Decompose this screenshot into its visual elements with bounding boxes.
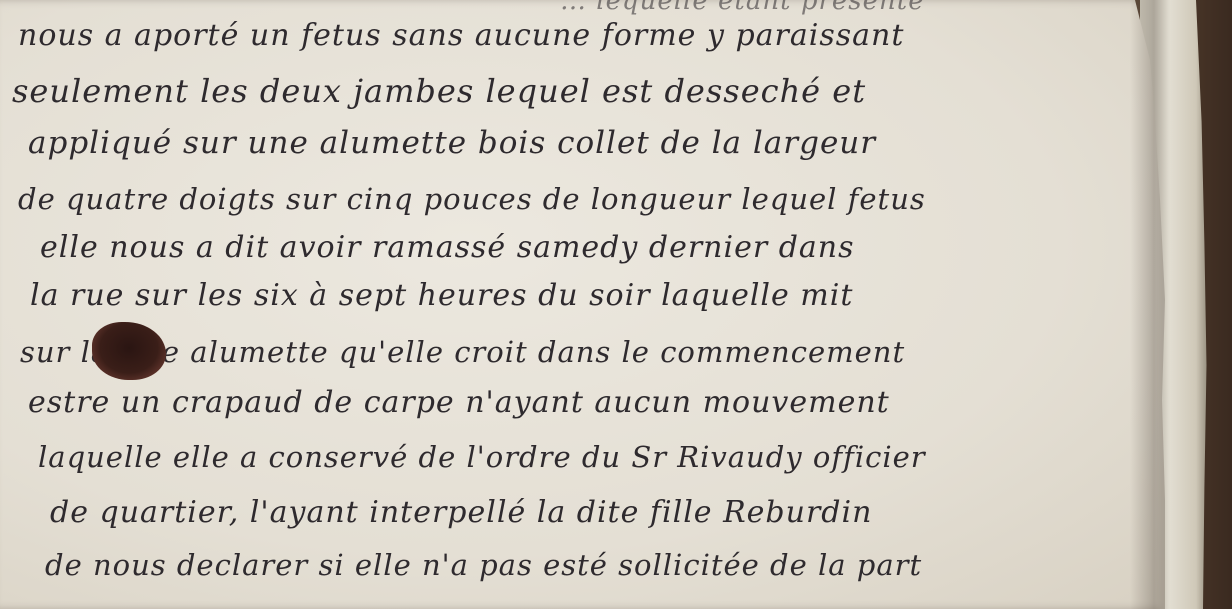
manuscript-line-4: de quatre doigts sur cinq pouces de long…	[18, 182, 926, 216]
manuscript-line-10: de quartier, l'ayant interpellé la dite …	[50, 495, 872, 530]
manuscript-line-2: seulement les deux jambes lequel est des…	[12, 72, 866, 110]
manuscript-line-9: laquelle elle a conservé de l'ordre du S…	[38, 440, 926, 474]
manuscript-line-8: estre un crapaud de carpe n'ayant aucun …	[28, 385, 890, 420]
manuscript-line-6: la rue sur les six à sept heures du soir…	[30, 278, 853, 313]
manuscript-line-3: appliqué sur une alumette bois collet de…	[28, 125, 876, 161]
manuscript-page: … lequelle étant présente nous a aporté …	[0, 0, 1165, 609]
manuscript-line-0: … lequelle étant présente	[560, 0, 925, 16]
manuscript-line-1: nous a aporté un fetus sans aucune forme…	[18, 18, 904, 53]
ink-blot	[92, 322, 166, 380]
manuscript-line-5: elle nous a dit avoir ramassé samedy der…	[40, 230, 855, 265]
manuscript-line-11: de nous declarer si elle n'a pas esté so…	[45, 548, 922, 582]
